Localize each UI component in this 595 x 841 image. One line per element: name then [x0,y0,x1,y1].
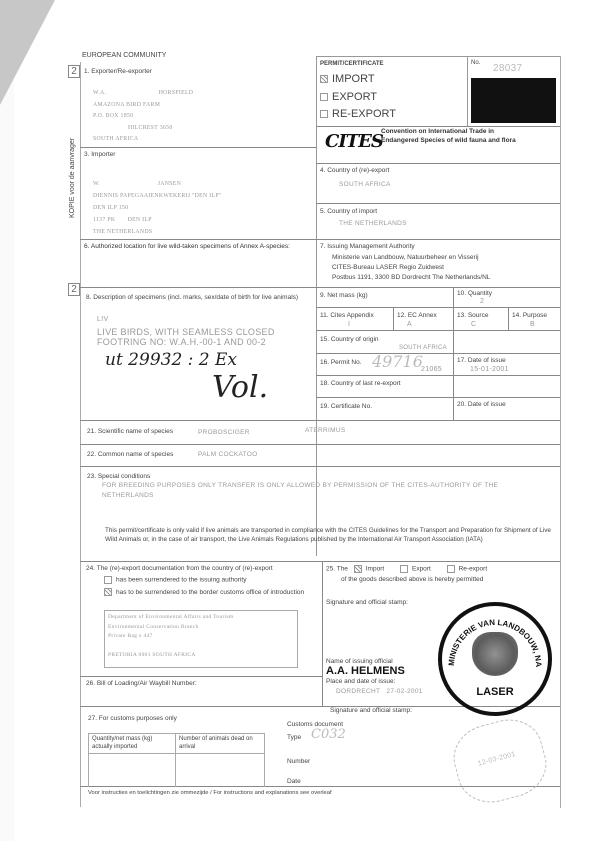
cites-appendix-label: 11. Cites Appendix [320,312,374,319]
type-value: C032 [311,727,346,742]
divider [453,287,454,420]
country-import-value: THE NETHERLANDS [339,220,407,227]
divider [80,420,560,421]
permit-no-handwriting: 49716 [372,352,423,371]
customs-address-line: Private Bag x 447 [108,632,294,642]
customs-office-box: Department of Environmental Affairs and … [104,610,298,668]
handwriting-registration: ut 29932 : 2 Ex [105,350,237,370]
address-line: P.O. BOX 1850 [93,111,193,123]
crest-icon [472,632,518,676]
folded-corner [0,0,55,105]
col-dead-header: Number of animals dead on arrival [179,736,261,751]
divider [80,561,560,562]
divider [316,375,560,376]
option-label: has been surrendered to the issuing auth… [116,577,246,584]
community-heading: EUROPEAN COMMUNITY [82,52,166,59]
scientific-genus: PROBOSCIGER [198,429,250,436]
footer-instructions: Voor instructies en toelichtingen zie om… [88,790,332,796]
permission-line: 25. The Import Export Re-export [326,565,487,573]
description-line: FOOTRING NO: W.A.H.-00-1 AND 00-2 [97,337,275,347]
redaction-block [471,78,556,123]
copy-number-lower: 2 [68,283,80,296]
purpose-label: 14. Purpose [512,312,547,319]
divider [316,353,560,354]
reexport-option-1[interactable]: has been surrendered to the issuing auth… [104,576,246,584]
option-import[interactable]: IMPORT [320,73,375,85]
option-label: Import [366,566,384,573]
divider [80,444,560,445]
option-label: RE-EXPORT [332,108,396,120]
ec-annex-value: A [407,321,412,328]
reexport-option-2[interactable]: has to be surrendered to the border cust… [104,587,314,598]
permit-no-label: No. [471,60,480,66]
address-line: W.A. HORSFIELD [93,88,193,100]
divider [393,307,394,330]
address-line: THE NETHERLANDS [93,226,222,238]
authority-line: CITES-Bureau LASER Regio Zuidwest [332,263,490,273]
divider [80,239,560,240]
description-code: LIV [97,316,108,323]
checkbox-surrendered[interactable] [104,576,112,584]
certificate-no-label: 19. Certificate No. [320,403,372,410]
divider [316,307,560,308]
country-import-label: 5. Country of import [320,208,377,215]
exporter-label: 1. Exporter/Re-exporter [84,68,152,75]
col-quantity-header: Quantity/net mass (kg) actually imported [92,736,174,751]
address-line: AMAZONA BIRD FARM [93,100,193,112]
convention-line1: Convention on International Trade in [381,128,494,135]
divider [80,676,322,677]
customs-table: Quantity/net mass (kg) actually imported… [88,733,265,787]
place-date-label: Place and date of issue: [326,678,395,685]
authority-line: Ministerie van Landbouw, Natuurbeheer en… [332,253,490,263]
quantity-label: 10. Quantity [457,290,492,297]
quantity-value: 2 [480,298,484,305]
divider [316,163,560,164]
date-issue-value: 15-01-2001 [470,366,509,373]
source-value: C [471,321,476,328]
issuing-authority-address: Ministerie van Landbouw, Natuurbeheer en… [332,253,490,283]
date-label: Date [287,778,301,785]
permit-title: PERMIT/CERTIFICATE [320,61,384,67]
convention-line2: Endangered Species of wild fauna and flo… [381,137,516,144]
no-divider [467,56,468,126]
address-line: HILCREST 3650 [93,123,193,135]
permission-prefix: 25. The [326,566,348,573]
option-export[interactable]: EXPORT [320,91,377,103]
divider [80,147,316,148]
customs-address-line: Environmental Conservation Branch [108,623,294,633]
checkbox-reexport-25[interactable] [447,565,455,573]
checkbox-export-25[interactable] [400,565,408,573]
net-mass-label: 9. Net mass (kg) [320,292,368,299]
checkbox-import-25[interactable] [354,565,362,573]
address-line: SOUTH AFRICA [93,134,193,146]
date-issue-label: 17. Date of issue [457,357,506,364]
side-label: KOPIE voor de aanvrager [69,138,76,218]
common-name-label: 22. Common name of species [87,451,173,458]
address-line: W. JANSEN [93,178,222,190]
date-issue-20-label: 20. Date of issue [457,401,506,408]
top-border-right [316,56,560,57]
handwriting-signature: Vol. [212,370,268,405]
exporter-address: W.A. HORSFIELD AMAZONA BIRD FARM P.O. BO… [93,88,193,146]
permission-suffix: of the goods described above is hereby p… [341,576,483,583]
divider [316,126,560,127]
signature-label: Signature and official stamp: [326,599,408,606]
option-label: EXPORT [332,91,377,103]
description-label: 8. Description of specimens (incl. marks… [86,294,306,302]
checkbox-reexport[interactable] [320,110,328,118]
option-label: Re-export [459,566,488,573]
official-label: Name of issuing official [326,658,393,665]
option-label: has to be surrendered to the border cust… [116,589,304,596]
permit-number: 28037 [493,63,522,74]
table-divider [175,734,176,787]
table-divider [89,753,264,754]
place-date-value: DORDRECHT 27-02-2001 [336,688,423,695]
official-name: A.A. HELMENS [326,665,405,677]
permit-no-value: 21065 [421,366,442,373]
scientific-name-label: 21. Scientific name of species [87,428,173,435]
authorized-location-label: 6. Authorized location for live wild-tak… [84,243,290,250]
official-stamp: MINISTERIE VAN LANDBOUW, NATUURBEHEER EN… [438,602,552,716]
address-line: DIENNIS PAPEGAAIENKWEKERIJ "DEN ILP" [93,190,222,202]
option-label: Export [412,566,431,573]
common-name-value: PALM COCKATOO [198,451,258,458]
divider [508,307,509,330]
divider [80,287,560,288]
country-reexport-value: SOUTH AFRICA [339,181,391,188]
copy-number: 2 [68,65,80,78]
special-conditions-value: FOR BREEDING PURPOSES ONLY TRANSFER IS O… [102,481,542,501]
customs-address-line: Department of Environmental Affairs and … [108,613,294,623]
address-line: 1137 PK DEN ILP [93,214,222,226]
customs-address-line [108,642,294,651]
purpose-value: B [530,321,535,328]
country-origin-label: 15. Country of origin [320,336,379,343]
ec-annex-label: 12. EC Annex [397,312,437,319]
scan-edge [0,0,14,841]
divider [316,203,560,204]
checkbox-to-be-surrendered[interactable] [104,588,112,596]
divider [316,397,560,398]
divider [322,561,323,706]
country-reexport-label: 4. Country of (re)-export [320,167,389,174]
divider [316,330,560,331]
number-label: Number [287,758,310,765]
description-line: LIVE BIRDS, WITH SEAMLESS CLOSED [97,327,275,337]
customs-stamp: 12-03-2001 [446,712,553,811]
waybill-label: 26. Bill of Loading/Air Waybill Number: [86,680,197,687]
address-line: DEN ILP 150 [93,202,222,214]
divider [80,466,560,467]
source-label: 13. Source [457,312,488,319]
permit-no-label-16: 16. Permit No. [320,359,362,366]
description-text: LIVE BIRDS, WITH SEAMLESS CLOSED FOOTRIN… [97,327,275,347]
cites-logo: CITES [325,131,383,152]
stamp-laser: LASER [442,686,548,698]
transport-notice: This permit/certificate is only valid if… [105,527,555,544]
customs-signature-label: Signature and official stamp: [330,707,412,714]
special-conditions-label: 23. Special conditions [87,473,150,480]
customs-label: 27. For customs purposes only [88,715,177,722]
checkbox-export[interactable] [320,93,328,101]
country-last-reexport-label: 18. Country of last re-export [320,380,401,387]
authority-line: Postbus 1191, 3300 BD Dordrecht The Neth… [332,273,490,283]
right-border [560,56,561,808]
option-label: IMPORT [332,73,375,85]
option-reexport[interactable]: RE-EXPORT [320,108,396,120]
importer-label: 3. Importer [84,151,115,158]
type-label: Type [287,734,301,741]
customs-stamp-date: 12-03-2001 [477,751,516,768]
issuing-authority-label: 7. Issuing Management Authority [320,243,415,250]
checkbox-import[interactable] [320,75,328,83]
country-origin-value: SOUTH AFRICA [399,345,447,351]
importer-address: W. JANSEN DIENNIS PAPEGAAIENKWEKERIJ "DE… [93,178,222,238]
scientific-species: ATERRIMUS [305,427,346,434]
left-border [80,62,81,807]
reexport-doc-label: 24. The (re)-export documentation from t… [86,565,273,572]
customs-address-line: PRETORIA 0001 SOUTH AFRICA [108,651,294,661]
cites-appendix-value: I [348,321,350,328]
